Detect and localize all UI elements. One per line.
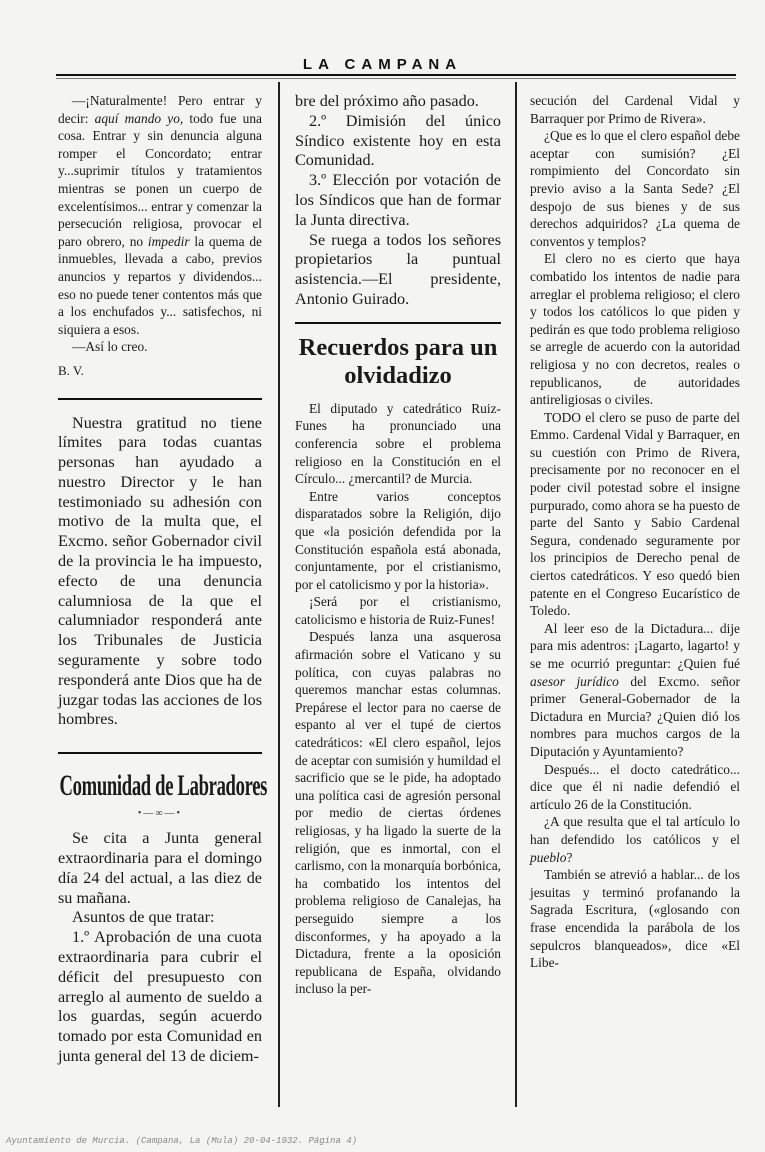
column-1: —¡Naturalmente! Pero entrar y decir: aqu… bbox=[58, 92, 262, 1067]
masthead-rule bbox=[56, 74, 736, 76]
article-paragraph-continued: secución del Cardenal Vidal y Barraquer … bbox=[530, 92, 740, 127]
section-rule bbox=[58, 752, 262, 754]
agenda-item-1-continued: bre del próximo año pasado. bbox=[295, 92, 501, 112]
gratitude-notice: Nuestra gratitud no tiene límites para t… bbox=[58, 414, 262, 731]
dialogue-article: —¡Naturalmente! Pero entrar y decir: aqu… bbox=[58, 92, 262, 380]
article-paragraph: Al leer eso de la Dictadura... dije para… bbox=[530, 620, 740, 761]
article-paragraph: TODO el clero se puso de parte del Emmo.… bbox=[530, 409, 740, 620]
section-rule bbox=[58, 398, 262, 400]
article-paragraph: ¡Será por el cristianismo, catolicismo e… bbox=[295, 593, 501, 628]
recuerdos-article: Recuerdos para un olvidadizo El diputado… bbox=[295, 334, 501, 998]
article-paragraph: Después lanza una asquerosa afirmación s… bbox=[295, 628, 501, 997]
asuntos-label: Asuntos de que tratar: bbox=[58, 908, 262, 928]
article-paragraph: Entre varios conceptos disparatados sobr… bbox=[295, 488, 501, 594]
section-rule bbox=[295, 322, 501, 324]
article-paragraph: El diputado y catedrático Ruiz-Funes ha … bbox=[295, 400, 501, 488]
comunidad-headline: Comunidad de Labradores bbox=[60, 768, 261, 804]
article-paragraph: También se atrevió a hablar... de los je… bbox=[530, 866, 740, 972]
article-paragraph: El clero no es cierto que haya combatido… bbox=[530, 250, 740, 408]
signature: B. V. bbox=[58, 362, 262, 380]
comunidad-closing: Se ruega a todos los señores propietario… bbox=[295, 231, 501, 310]
article-paragraph: ¿Que es lo que el clero español debe ace… bbox=[530, 127, 740, 250]
archive-citation: Ayuntamiento de Murcia. (Campana, La (Mu… bbox=[6, 1136, 357, 1146]
agenda-item-2: 2.º Dimisión del único Síndico existente… bbox=[295, 112, 501, 171]
dialogue-reply: —Así lo creo. bbox=[58, 338, 262, 356]
column-3: secución del Cardenal Vidal y Barraquer … bbox=[530, 92, 740, 972]
agenda-item-3: 3.º Elección por votación de los Síndico… bbox=[295, 171, 501, 230]
ornament-divider: •—∞—• bbox=[58, 808, 262, 819]
agenda-item-1: 1.º Aprobación de una cuota extraordinar… bbox=[58, 928, 262, 1067]
article-paragraph: ¿A que resulta que el tal artículo lo ha… bbox=[530, 813, 740, 866]
article-paragraph: Después... el docto catedrático... dice … bbox=[530, 761, 740, 814]
recuerdos-headline: Recuerdos para un olvidadizo bbox=[295, 334, 501, 390]
comunidad-intro: Se cita a Junta general extraordinaria p… bbox=[58, 829, 262, 908]
column-divider-right bbox=[515, 82, 517, 1107]
masthead-rule-thin bbox=[56, 78, 736, 79]
column-2: bre del próximo año pasado. 2.º Dimisión… bbox=[295, 92, 501, 998]
masthead-title: LA CAMPANA bbox=[0, 56, 765, 73]
comunidad-article: Comunidad de Labradores •—∞—• Se cita a … bbox=[58, 768, 262, 1067]
column-divider-left bbox=[278, 82, 280, 1107]
dialogue-paragraph: —¡Naturalmente! Pero entrar y decir: aqu… bbox=[58, 92, 262, 338]
